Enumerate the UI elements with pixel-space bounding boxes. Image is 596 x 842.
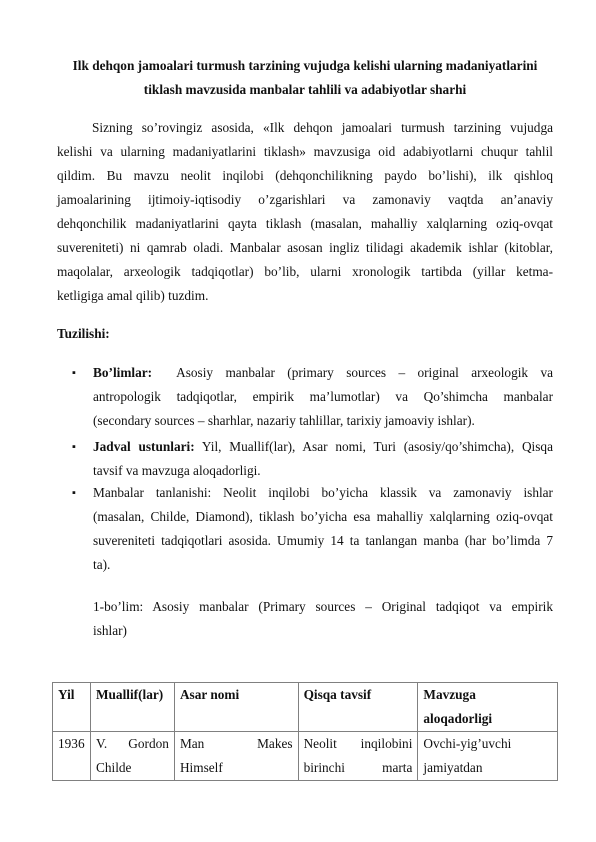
- header-description: Qisqa tavsif: [298, 683, 418, 732]
- bullet-text: tavsif va mavzuga aloqadorligi.: [93, 459, 553, 483]
- section-1-heading: 1-bo’lim: Asosiy manbalar (Primary sourc…: [93, 595, 553, 643]
- cell-year: 1936: [53, 732, 91, 781]
- bullet-icon: ▪: [72, 361, 76, 385]
- intro-line: qildim. Bu mavzu neolit inqilobi (dehqon…: [57, 164, 553, 188]
- bullet-icon: ▪: [72, 481, 76, 505]
- header-title: Asar nomi: [174, 683, 298, 732]
- document-title-line-1: Ilk dehqon jamoalari turmush tarzining v…: [40, 54, 570, 78]
- bullet-item-sections: Bo’limlar: Asosiy manbalar (primary sour…: [93, 361, 553, 433]
- intro-line: Sizning so’rovingiz asosida, «Ilk dehqon…: [57, 116, 553, 140]
- cell-description: Neolit inqilobinibirinchi marta: [298, 732, 418, 781]
- bullet-label: Jadval ustunlari:: [93, 439, 195, 454]
- bullet-text: Yil, Muallif(lar), Asar nomi, Turi (asos…: [202, 439, 553, 454]
- table-header-row: Yil Muallif(lar) Asar nomi Qisqa tavsif …: [53, 683, 558, 732]
- intro-line: suvereniteti) ni qamrab oladi. Manbalar …: [57, 236, 553, 260]
- intro-line: ketligiga amal qilib) tuzdim.: [57, 284, 553, 308]
- intro-line: maqolalar, arxeologik tadqiqotlar) bo’li…: [57, 260, 553, 284]
- document-page: Ilk dehqon jamoalari turmush tarzining v…: [0, 0, 596, 842]
- bullet-item-selection: Manbalar tanlanishi: Neolit inqilobi bo’…: [93, 481, 553, 577]
- bullet-label: Bo’limlar:: [93, 365, 152, 380]
- header-year: Yil: [53, 683, 91, 732]
- bullet-text: Asosiy manbalar (primary sources – origi…: [176, 365, 553, 380]
- bullet-text: (secondary sources – sharhlar, nazariy t…: [93, 409, 553, 433]
- document-title-line-2: tiklash mavzusida manbalar tahlili va ad…: [40, 78, 570, 102]
- bullet-text: antropologik tadqiqotlar, empirik ma’lum…: [93, 385, 553, 409]
- bullet-text: (masalan, Childe, Diamond), tiklash bo’y…: [93, 505, 553, 529]
- bullet-text: suvereniteti tadqiqotlari asosida. Umumi…: [93, 529, 553, 553]
- structure-heading: Tuzilishi:: [57, 322, 110, 346]
- intro-line: kelishi va ularning madaniyatlarini tikl…: [57, 140, 553, 164]
- cell-relevance: Ovchi-yig’uvchijamiyatdan: [418, 732, 558, 781]
- bullet-item-columns: Jadval ustunlari: Yil, Muallif(lar), Asa…: [93, 435, 553, 483]
- intro-line: jamoalarining ijtimoiy-iqtisodiy o’zgari…: [57, 188, 553, 212]
- intro-paragraph: Sizning so’rovingiz asosida, «Ilk dehqon…: [57, 116, 553, 308]
- cell-title: Man MakesHimself: [174, 732, 298, 781]
- table-row: 1936 V. GordonChilde Man MakesHimself Ne…: [53, 732, 558, 781]
- bullet-text: Manbalar tanlanishi: Neolit inqilobi bo’…: [93, 481, 553, 505]
- section-heading-line: 1-bo’lim: Asosiy manbalar (Primary sourc…: [93, 595, 553, 619]
- intro-line: dehqonchilik madaniyatlarini qayta tikla…: [57, 212, 553, 236]
- bullet-icon: ▪: [72, 435, 76, 459]
- sources-table: Yil Muallif(lar) Asar nomi Qisqa tavsif …: [52, 682, 558, 781]
- header-authors: Muallif(lar): [90, 683, 174, 732]
- header-relevance: Mavzugaaloqadorligi: [418, 683, 558, 732]
- cell-authors: V. GordonChilde: [90, 732, 174, 781]
- section-heading-line: ishlar): [93, 619, 553, 643]
- bullet-text: ta).: [93, 553, 553, 577]
